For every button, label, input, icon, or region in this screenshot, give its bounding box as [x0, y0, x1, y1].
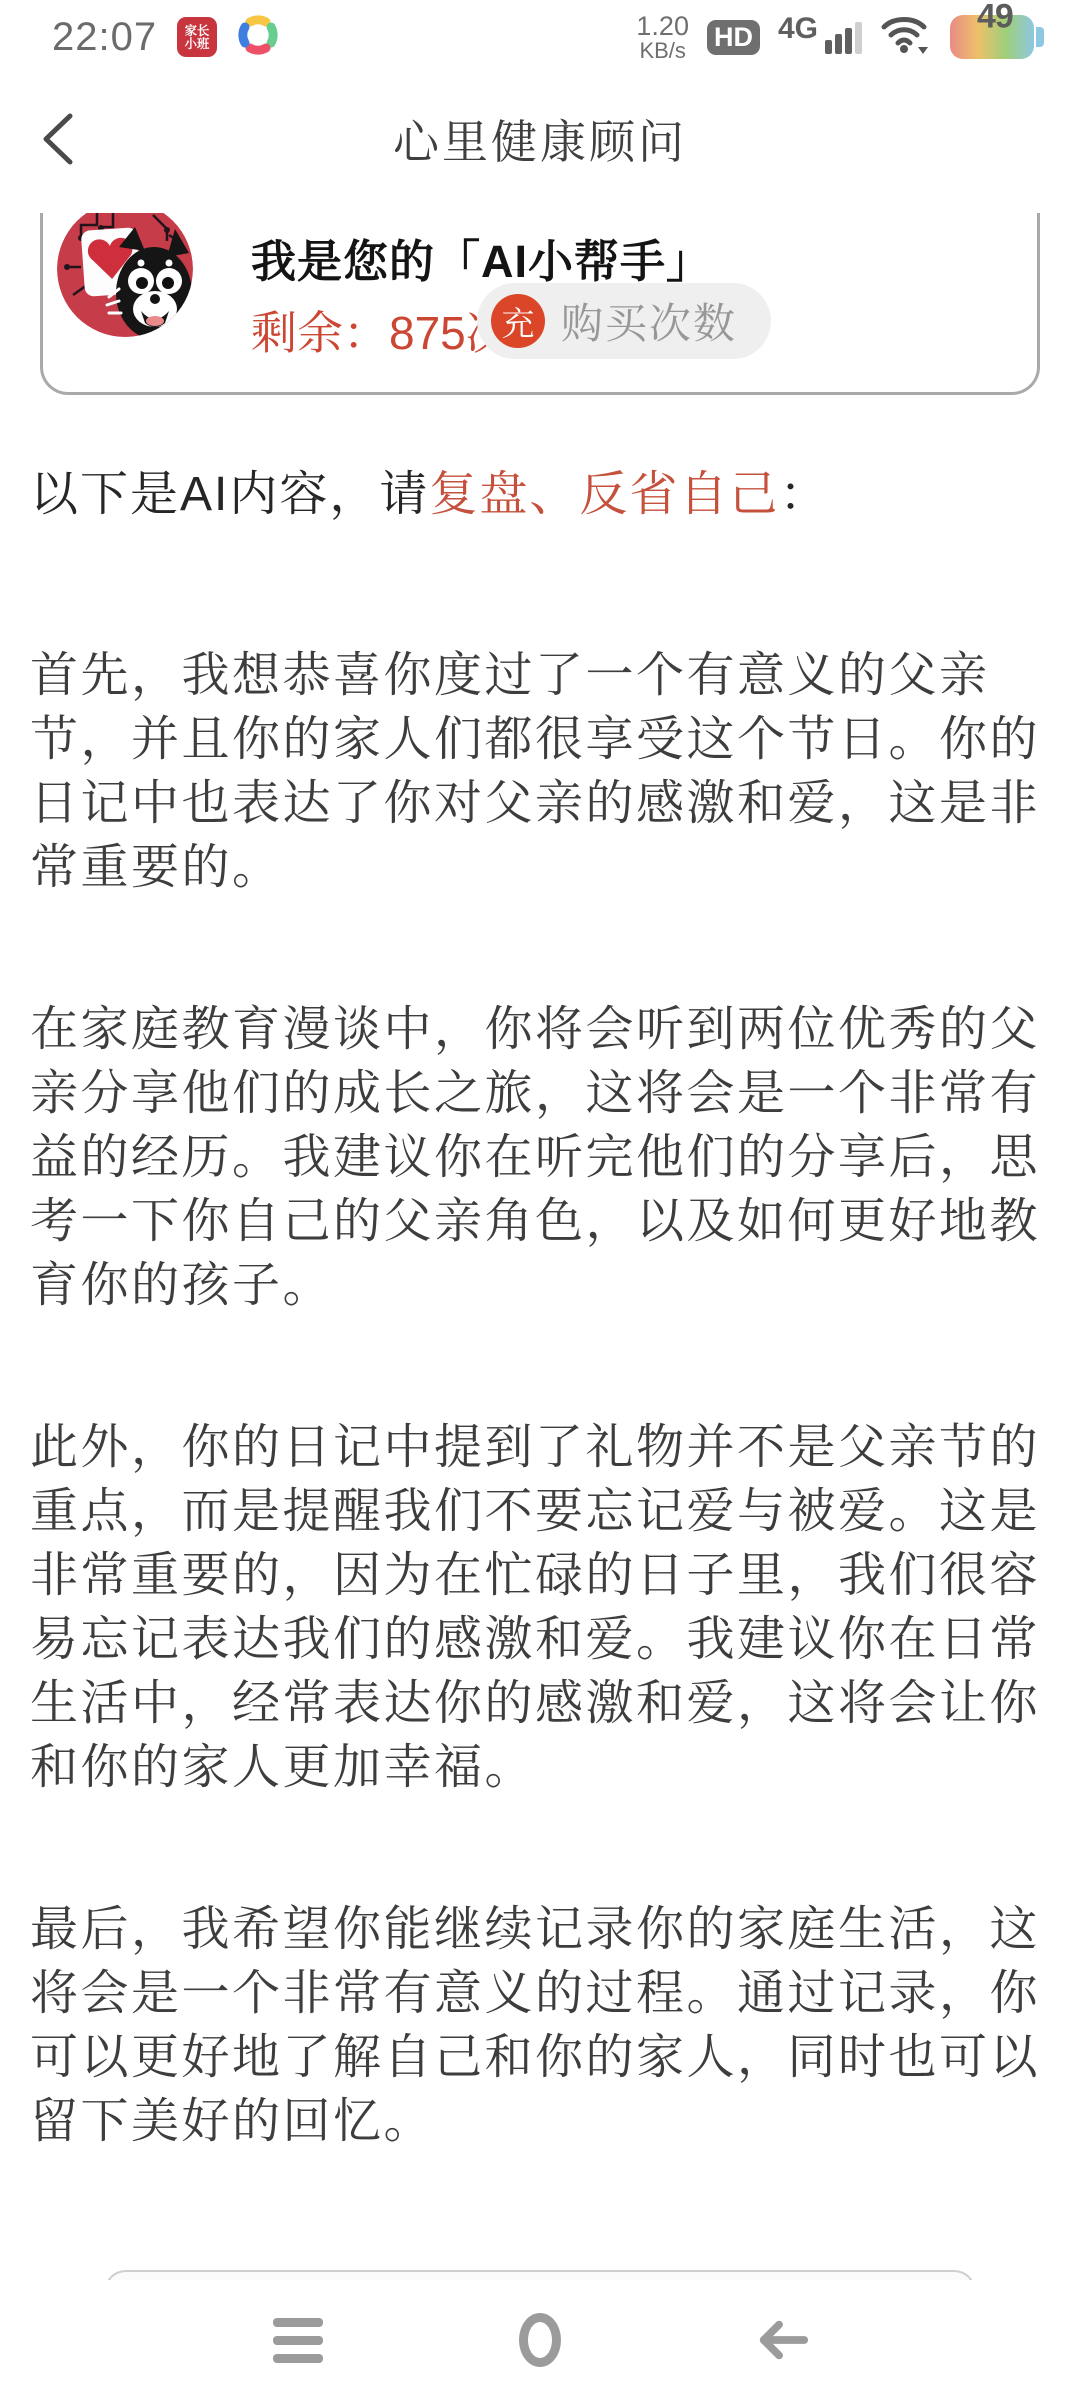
network-speed: 1.20 KB/s	[636, 13, 689, 62]
buy-credits-label: 购买次数	[561, 291, 737, 351]
assistant-title: 我是您的「AI小帮手」	[251, 225, 712, 290]
wifi-icon	[880, 13, 932, 62]
paragraph-1: 首先，我想恭喜你度过了一个有意义的父亲节，并且你的家人们都很享受这个节日。你的日…	[30, 644, 1050, 900]
app-store-notification-icon	[237, 14, 279, 61]
paragraph-3: 此外，你的日记中提到了礼物并不是父亲节的重点，而是提醒我们不要忘记爱与被爱。这是…	[30, 1416, 1050, 1800]
recents-menu-button[interactable]	[270, 2312, 326, 2368]
clock: 22:07	[52, 15, 157, 60]
status-bar: 22:07 家长 小班 1.20 KB/s	[0, 0, 1080, 64]
paragraph-4: 最后，我希望你能继续记录你的家庭生活，这将会是一个非常有意义的过程。通过记录，你…	[30, 1898, 1050, 2154]
recharge-icon: 充	[491, 294, 545, 348]
ai-content-notice: 以下是AI内容，请复盘、反省自己：	[30, 455, 1050, 524]
home-button[interactable]	[512, 2312, 568, 2368]
page-title: 心里健康顾问	[0, 106, 1080, 172]
android-navigation-bar	[0, 2280, 1080, 2400]
cellular-signal-icon: 4G	[778, 20, 862, 54]
assistant-avatar	[57, 213, 193, 337]
notice-highlight: 复盘、反省自己	[429, 468, 779, 521]
title-bar: 心里健康顾问	[0, 64, 1080, 195]
ai-assistant-card: 我是您的「AI小帮手」 剩余：875次 充 购买次数	[40, 213, 1040, 395]
remaining-count: 剩余：875次	[251, 297, 512, 363]
scroll-content[interactable]: 我是您的「AI小帮手」 剩余：875次 充 购买次数 以下是AI内容，请复盘、反…	[0, 195, 1080, 2300]
android-back-button[interactable]	[754, 2312, 810, 2368]
menu-icon	[273, 2318, 323, 2363]
buy-credits-button[interactable]: 充 购买次数	[477, 283, 771, 359]
back-arrow-icon	[754, 2317, 810, 2363]
ai-response-text: 首先，我想恭喜你度过了一个有意义的父亲节，并且你的家人们都很享受这个节日。你的日…	[30, 644, 1050, 2154]
phone-screen: 22:07 家长 小班 1.20 KB/s	[0, 0, 1080, 2400]
home-icon	[519, 2313, 561, 2367]
battery-icon: 49	[950, 15, 1044, 59]
paragraph-2: 在家庭教育漫谈中，你将会听到两位优秀的父亲分享他们的成长之旅，这将会是一个非常有…	[30, 998, 1050, 1318]
hd-volte-icon: HD	[707, 20, 760, 55]
notification-app-icon: 家长 小班	[177, 17, 217, 57]
